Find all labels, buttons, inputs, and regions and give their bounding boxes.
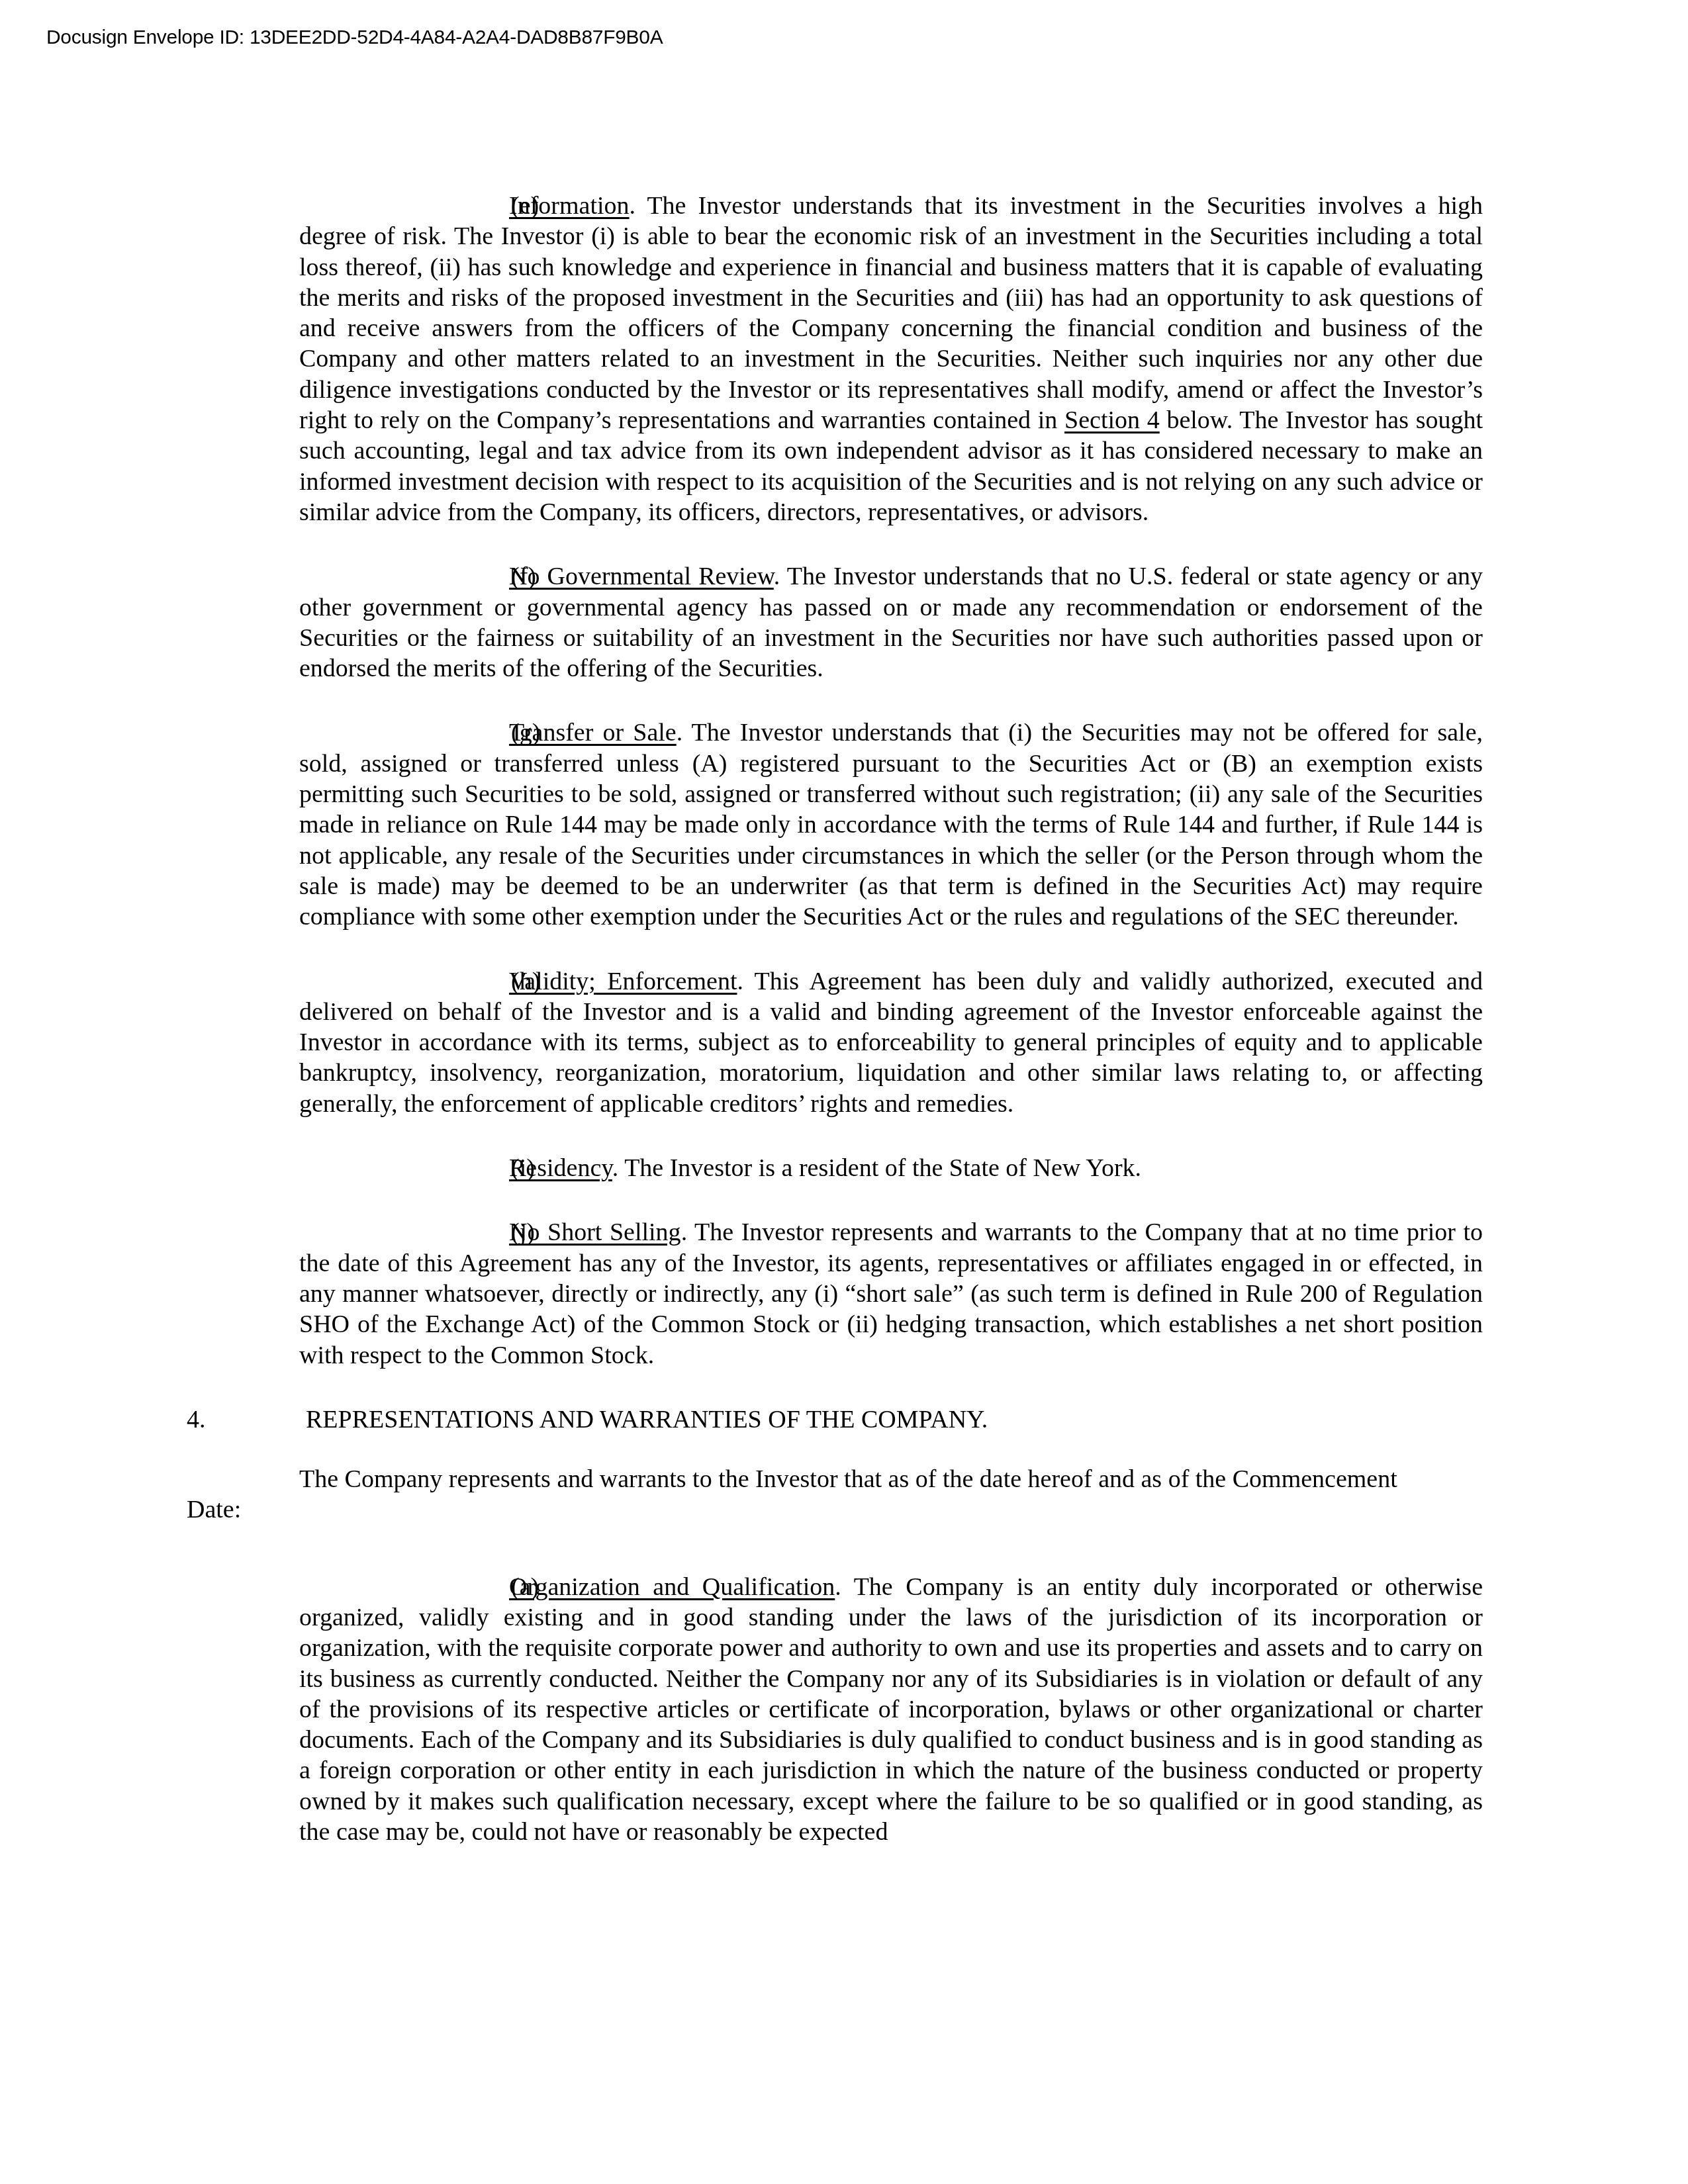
docusign-envelope-id: Docusign Envelope ID: 13DEE2DD-52D4-4A84… [46,26,663,49]
paragraph-text: . The Investor understands that its inve… [299,192,1483,434]
paragraph-heading: Transfer or Sale [509,719,677,747]
section-4-reference: Section 4 [1064,406,1160,434]
paragraph-marker: (g) [405,717,509,748]
section-number: 4. [187,1404,306,1435]
section-4-intro: The Company represents and warrants to t… [299,1464,1483,1525]
paragraph-heading: Information [509,192,630,220]
section-intro-text: The Company represents and warrants to t… [299,1464,1483,1494]
paragraph-e-information: (e)Information. The Investor understands… [299,191,1483,527]
section-title: REPRESENTATIONS AND WARRANTIES OF THE CO… [306,1404,988,1435]
paragraph-g-transfer-or-sale: (g)Transfer or Sale. The Investor unders… [299,717,1483,932]
paragraph-marker: (i) [405,1153,509,1183]
paragraph-heading: Residency [509,1154,612,1182]
paragraph-j-no-short-selling: (j)No Short Selling. The Investor repres… [299,1217,1483,1370]
section-4-heading: 4. REPRESENTATIONS AND WARRANTIES OF THE… [187,1404,1483,1435]
section-intro-continued: Date: [187,1494,1483,1525]
paragraph-marker: (h) [405,966,509,997]
paragraph-marker: (f) [405,561,509,592]
paragraph-f-no-governmental-review: (f)No Governmental Review. The Investor … [299,561,1483,684]
paragraph-text: . The Company is an entity duly incorpor… [299,1573,1483,1846]
paragraph-a-organization-qualification: (a)Organization and Qualification. The C… [299,1572,1483,1848]
paragraph-heading: No Short Selling [509,1218,681,1246]
paragraph-text: . The Investor understands that (i) the … [299,719,1483,931]
paragraph-h-validity-enforcement: (h)Validity; Enforcement. This Agreement… [299,966,1483,1119]
paragraph-heading: No Governmental Review [509,563,774,590]
paragraph-marker: (a) [405,1572,509,1602]
paragraph-heading: Validity; Enforcement [509,968,737,995]
paragraph-text: . The Investor is a resident of the Stat… [612,1154,1141,1182]
paragraph-marker: (e) [405,191,509,221]
paragraph-heading: Organization and Qualification [509,1573,835,1601]
paragraph-marker: (j) [405,1217,509,1248]
paragraph-i-residency: (i)Residency. The Investor is a resident… [299,1153,1483,1183]
document-body: (e)Information. The Investor understands… [299,191,1483,1881]
